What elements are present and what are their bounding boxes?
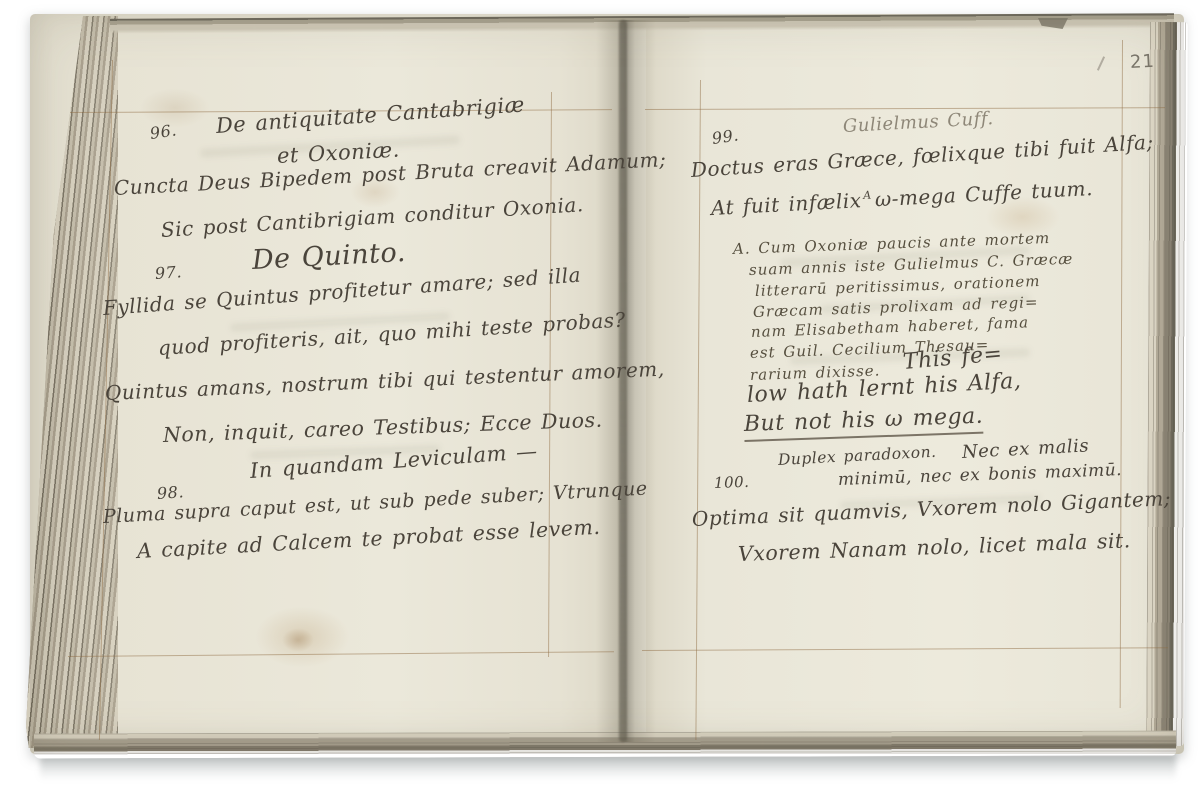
photo-background: { "page_number": "21", "left_page": { "e… (0, 0, 1200, 792)
epigram-97-number: 97. (154, 262, 182, 283)
note-reference-mark: A (863, 189, 872, 202)
folio-number: 21 (1129, 51, 1155, 73)
epigram-96-number: 96. (149, 120, 178, 143)
epigram-98-number: 98. (156, 482, 184, 503)
epigram-100-number: 100. (714, 473, 750, 492)
epigram-99-number: 99. (711, 125, 740, 148)
